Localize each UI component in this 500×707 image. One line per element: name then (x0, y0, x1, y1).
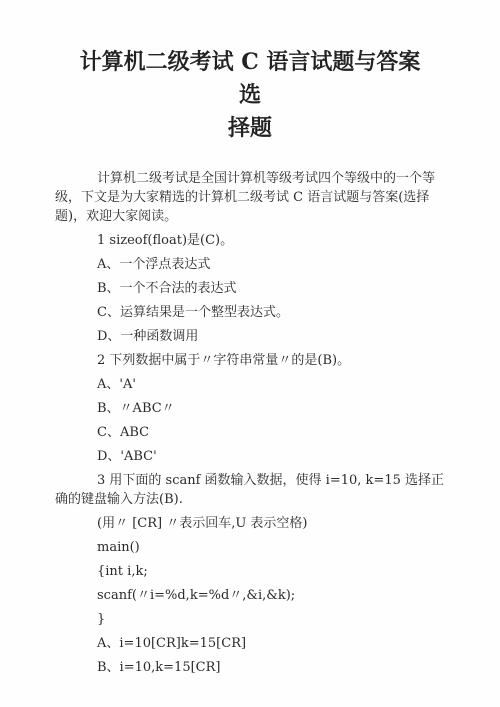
document-title-line-2: 择题 (70, 112, 430, 145)
intro-paragraph: 计算机二级考试是全国计算机等级考试四个等级中的一个等级，下文是为大家精选的计算机… (55, 169, 450, 226)
question-2-stem: 2 下列数据中属于〃字符串常量〃的是(B)。 (55, 351, 450, 370)
question-1-stem: 1 sizeof(float)是(C)。 (55, 231, 450, 250)
document-title-line-1: 计算机二级考试 C 语言试题与答案选 (70, 46, 430, 112)
question-3-code-line-2: {int i,k; (55, 562, 450, 581)
question-3: 3 用下面的 scanf 函数输入数据，使得 i=10, k=15 选择正确的键… (55, 471, 450, 677)
question-3-code-line-4: } (55, 610, 450, 629)
question-1-option-d: D、一种函数调用 (55, 327, 450, 346)
question-1: 1 sizeof(float)是(C)。 A、一个浮点表达式 B、一个不合法的表… (55, 231, 450, 346)
question-3-note: (用〃 [CR] 〃表示回车,U 表示空格) (55, 514, 450, 533)
question-2-option-a: A、'A' (55, 375, 450, 394)
question-1-option-b: B、一个不合法的表达式 (55, 279, 450, 298)
question-2-option-c: C、ABC (55, 423, 450, 442)
question-3-code-line-1: main() (55, 538, 450, 557)
question-2: 2 下列数据中属于〃字符串常量〃的是(B)。 A、'A' B、〃ABC〃 C、A… (55, 351, 450, 466)
question-1-option-a: A、一个浮点表达式 (55, 255, 450, 274)
question-1-option-c: C、运算结果是一个整型表达式。 (55, 303, 450, 322)
document-body: 计算机二级考试是全国计算机等级考试四个等级中的一个等级，下文是为大家精选的计算机… (55, 169, 450, 677)
document-title: 计算机二级考试 C 语言试题与答案选 择题 (70, 46, 430, 145)
question-3-option-a: A、i=10[CR]k=15[CR] (55, 634, 450, 653)
question-3-code-line-3: scanf(〃i=%d,k=%d〃,&i,&k); (55, 586, 450, 605)
question-2-option-b: B、〃ABC〃 (55, 399, 450, 418)
question-3-option-b: B、i=10,k=15[CR] (55, 658, 450, 677)
question-2-option-d: D、'ABC' (55, 447, 450, 466)
document-page: 计算机二级考试 C 语言试题与答案选 择题 计算机二级考试是全国计算机等级考试四… (0, 0, 500, 707)
question-3-stem: 3 用下面的 scanf 函数输入数据，使得 i=10, k=15 选择正确的键… (55, 471, 450, 509)
